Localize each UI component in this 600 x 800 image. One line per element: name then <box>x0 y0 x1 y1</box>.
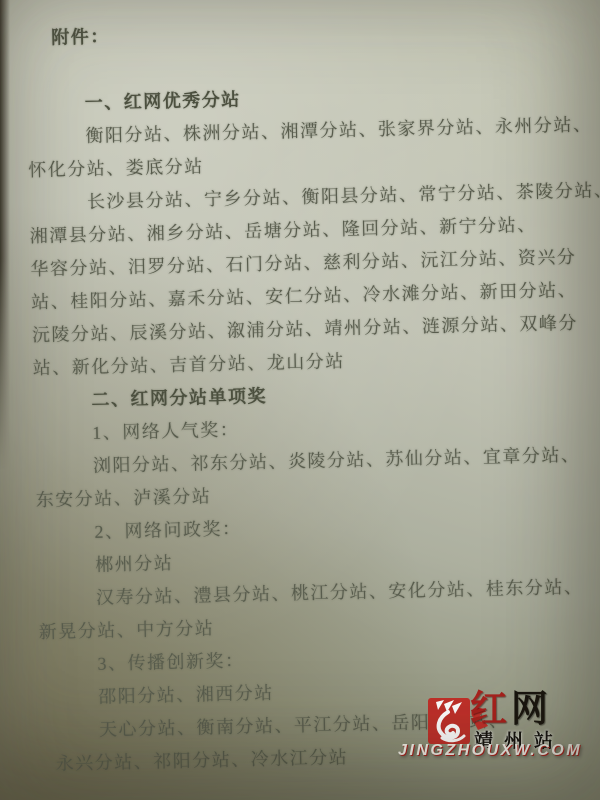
photographed-document: 附件： 一、红网优秀分站衡阳分站、株洲分站、湘潭分站、张家界分站、永州分站、怀化… <box>0 0 600 800</box>
document-lines: 一、红网优秀分站衡阳分站、株洲分站、湘潭分站、张家界分站、永州分站、怀化分站、娄… <box>26 76 590 781</box>
brand-char-wang: 网 <box>511 686 552 730</box>
brand-char-hong: 红 <box>470 686 511 730</box>
document-text-block: 附件： 一、红网优秀分站衡阳分站、株洲分站、湘潭分站、张家界分站、永州分站、怀化… <box>25 10 590 781</box>
attachment-label: 附件： <box>51 10 574 55</box>
watermark-brand: 红网 <box>470 690 562 727</box>
watermark: 红网 靖州站 JINGZHOUXW.COM <box>396 686 596 770</box>
watermark-domain: JINGZHOUXW.COM <box>398 742 596 760</box>
paper-left-edge-shadow <box>0 0 10 470</box>
